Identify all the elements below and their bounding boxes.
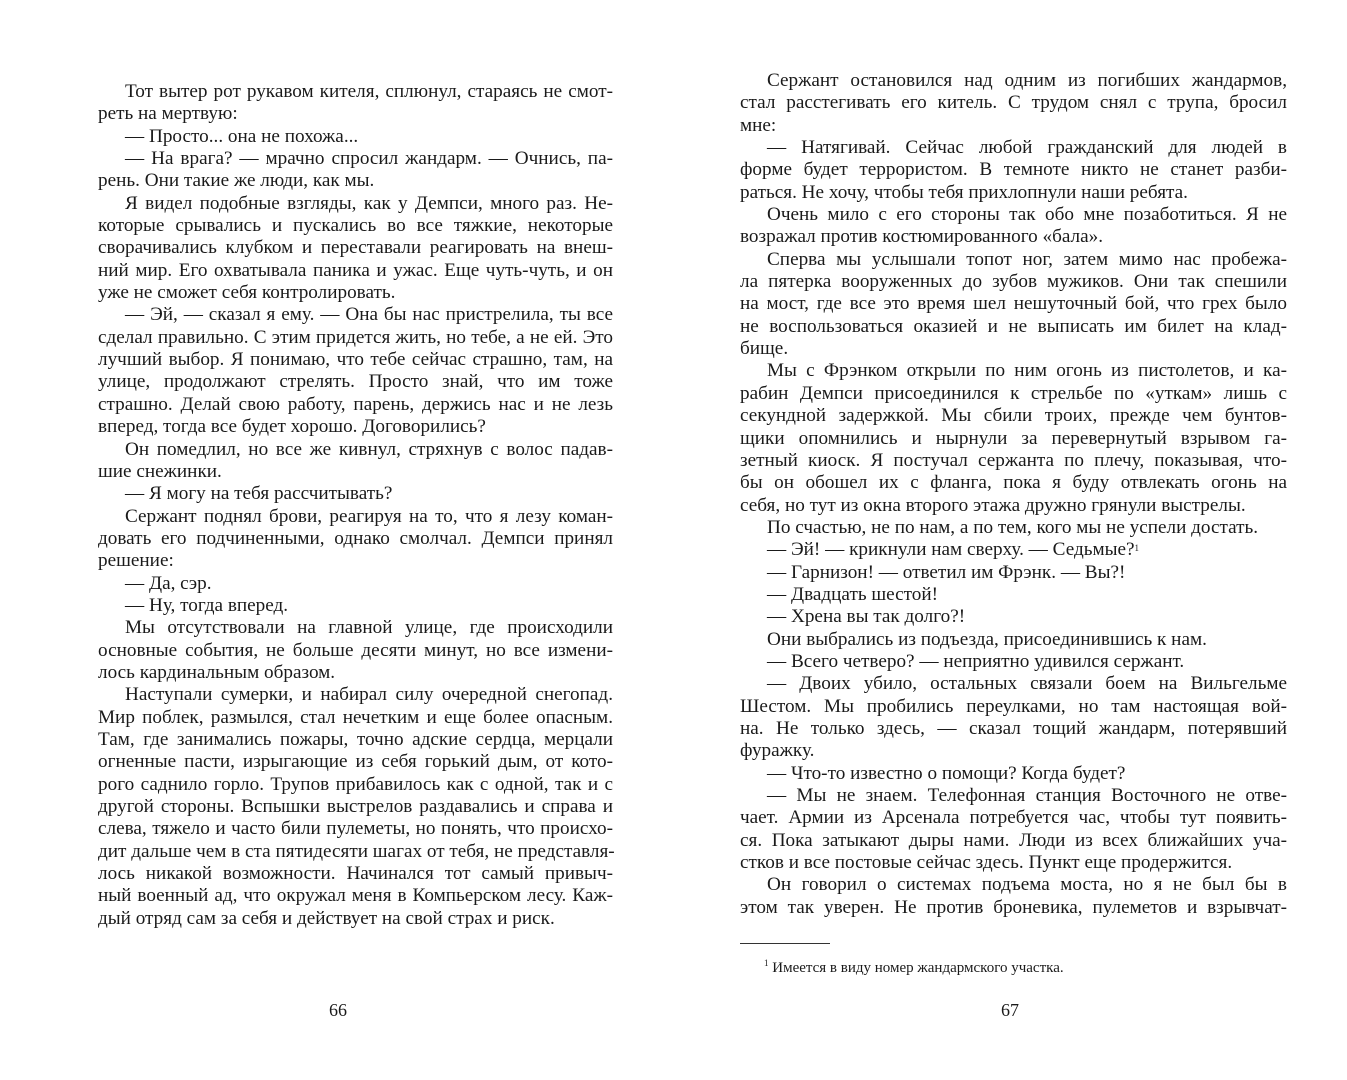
- text-line-content: Мы отсутствовали на главной улице, где п…: [125, 617, 613, 638]
- text-line: — Ну, тогда вперед.: [98, 595, 613, 617]
- text-line-content: — Гарнизон! — ответил им Фрэнк. — Вы?!: [767, 562, 1125, 583]
- text-line-content: ный военный ад, что окружал меня в Компь…: [98, 885, 613, 906]
- text-line: Наступали сумерки, и набирал силу очеред…: [98, 684, 613, 706]
- text-line-content: Наступали сумерки, и набирал силу очеред…: [125, 684, 613, 705]
- text-line: лучший выбор. Я понимаю, что тебе сейчас…: [98, 349, 613, 371]
- text-line: зетный киоск. Я постучал сержанта по пле…: [740, 450, 1287, 472]
- text-line-content: форме будет террористом. В темноте никто…: [740, 159, 1287, 180]
- text-line-content: Там, где занимались пожары, точно адские…: [98, 729, 613, 750]
- text-line-content: сворачивались клубком и переставали реаг…: [98, 237, 613, 258]
- text-line-content: сделал правильно. С этим придется жить, …: [98, 327, 613, 348]
- text-line: лось никакой возможности. Начинался тот …: [98, 863, 613, 885]
- text-line-content: — Эй, — сказал я ему. — Она бы нас прист…: [125, 304, 613, 325]
- text-line: Сержант остановился над одним из погибши…: [740, 70, 1287, 92]
- book-spread: Тот вытер рот рукавом кителя, сплюнул, с…: [0, 0, 1347, 1080]
- text-line: — Хрена вы так долго?!: [740, 606, 1287, 628]
- text-line: — Я могу на тебя рассчитывать?: [98, 483, 613, 505]
- text-line: — Да, сэр.: [98, 573, 613, 595]
- text-line-content: Он помедлил, но все же кивнул, стряхнув …: [125, 439, 613, 460]
- text-line-content: Шестом. Мы пробились переулками, но там …: [740, 696, 1287, 717]
- text-line: дит дальше чем в ста пятидесяти шагах от…: [98, 841, 613, 863]
- text-line: лось кардинальным образом.: [98, 662, 613, 684]
- text-line: ный военный ад, что окружал меня в Компь…: [98, 885, 613, 907]
- text-line-content: — Двадцать шестой!: [767, 584, 938, 605]
- text-line: Шестом. Мы пробились переулками, но там …: [740, 696, 1287, 718]
- text-line-content: — Мы не знаем. Телефонная станция Восточ…: [767, 785, 1287, 806]
- text-line: — Всего четверо? — неприятно удивился се…: [740, 651, 1287, 673]
- text-line-content: бище.: [740, 338, 788, 359]
- text-line: страшно. Делай свою работу, парень, держ…: [98, 394, 613, 416]
- text-line: уже не сможет себя контролировать.: [98, 282, 613, 304]
- text-line: не воспользоваться оказией и не выписать…: [740, 316, 1287, 338]
- text-line-content: на. Не только здесь, — сказал тощий жанд…: [740, 718, 1287, 739]
- text-line: — Эй, — сказал я ему. — Она бы нас прист…: [98, 304, 613, 326]
- text-line-content: Сперва мы услышали топот ног, затем мимо…: [767, 249, 1287, 270]
- text-line: — На врага? — мрачно спросил жандарм. — …: [98, 148, 613, 170]
- text-line-content: основные события, не больше десяти минут…: [98, 640, 613, 661]
- text-line-content: — Натягивай. Сейчас любой гражданский дл…: [767, 137, 1287, 158]
- text-line-content: ся. Пока затыкают дыры нами. Люди из все…: [740, 830, 1287, 851]
- text-line-content: ла пятерка вооруженных до зубов мужиков.…: [740, 271, 1287, 292]
- footnote-reference: 1: [1135, 543, 1140, 553]
- text-line-content: мне:: [740, 115, 776, 136]
- text-line-content: Он говорил о системах подъема моста, но …: [767, 874, 1287, 895]
- text-line: довать его подчиненными, однако смолчал.…: [98, 528, 613, 550]
- text-line-content: — Двоих убило, остальных связали боем на…: [767, 673, 1287, 694]
- text-line: которые срывались и пускались во все тяж…: [98, 215, 613, 237]
- text-line-content: Сержант остановился над одним из погибши…: [767, 70, 1287, 91]
- text-line: ний мир. Его охватывала паника и ужас. Е…: [98, 260, 613, 282]
- text-line: рабин Демпси присоединился к стрельбе по…: [740, 383, 1287, 405]
- text-line-content: — Что-то известно о помощи? Когда будет?: [767, 763, 1125, 784]
- text-line: Он говорил о системах подъема моста, но …: [740, 874, 1287, 896]
- text-line: секундной задержкой. Мы сбили троих, пре…: [740, 405, 1287, 427]
- text-line-content: Очень мило с его стороны так обо мне поз…: [767, 204, 1287, 225]
- page-number-left: 66: [329, 1000, 347, 1021]
- text-line: улице, продолжают стрелять. Просто знай,…: [98, 371, 613, 393]
- text-line-content: огненные пасти, изрыгающие из себя горьк…: [98, 751, 613, 772]
- text-line: основные события, не больше десяти минут…: [98, 640, 613, 662]
- text-line: раться. Не хочу, чтобы тебя прихлопнули …: [740, 182, 1287, 204]
- footnote-separator: [740, 943, 830, 944]
- text-line: реть на мертвую:: [98, 103, 613, 125]
- text-line: Мы отсутствовали на главной улице, где п…: [98, 617, 613, 639]
- text-line: Они выбрались из подъезда, присоединивши…: [740, 629, 1287, 651]
- text-line: сделал правильно. С этим придется жить, …: [98, 327, 613, 349]
- right-page: Сержант остановился над одним из погибши…: [673, 0, 1347, 1080]
- text-line-content: реть на мертвую:: [98, 103, 238, 124]
- left-page: Тот вытер рот рукавом кителя, сплюнул, с…: [0, 0, 673, 1080]
- text-line: на мост, где все это время шел нешуточны…: [740, 293, 1287, 315]
- text-line-content: зетный киоск. Я постучал сержанта по пле…: [740, 450, 1287, 471]
- text-line: рого саднило горло. Трупов прибавилось к…: [98, 774, 613, 796]
- text-line: бище.: [740, 338, 1287, 360]
- text-line-content: довать его подчиненными, однако смолчал.…: [98, 528, 613, 549]
- right-page-body: Сержант остановился над одним из погибши…: [740, 70, 1287, 919]
- text-line: Очень мило с его стороны так обо мне поз…: [740, 204, 1287, 226]
- text-line: Он помедлил, но все же кивнул, стряхнув …: [98, 439, 613, 461]
- text-line: Мы с Фрэнком открыли по ним огонь из пис…: [740, 360, 1287, 382]
- text-line: на. Не только здесь, — сказал тощий жанд…: [740, 718, 1287, 740]
- text-line-content: шие снежинки.: [98, 461, 222, 482]
- text-line-content: другой стороны. Вспышки выстрелов раздав…: [98, 796, 613, 817]
- text-line-content: вперед, тогда все будет хорошо. Договори…: [98, 416, 486, 437]
- text-line-content: бы он обошел их с фланга, пока я буду от…: [740, 472, 1287, 493]
- text-line-content: — Ну, тогда вперед.: [125, 595, 288, 616]
- text-line: шие снежинки.: [98, 461, 613, 483]
- text-line-content: слева, тяжело и часто били пулеметы, но …: [98, 818, 613, 839]
- text-line-content: — Я могу на тебя рассчитывать?: [125, 483, 392, 504]
- footnote-text: Имеется в виду номер жандармского участк…: [772, 960, 1063, 976]
- text-line-content: секундной задержкой. Мы сбили троих, пре…: [740, 405, 1287, 426]
- text-line: дый отряд сам за себя и действует на сво…: [98, 908, 613, 930]
- text-line: решение:: [98, 550, 613, 572]
- text-line-content: стал расстегивать его китель. С трудом с…: [740, 92, 1287, 113]
- text-line: Там, где занимались пожары, точно адские…: [98, 729, 613, 751]
- text-line: ся. Пока затыкают дыры нами. Люди из все…: [740, 830, 1287, 852]
- text-line-content: щики опомнились и нырнули за перевернуты…: [740, 428, 1287, 449]
- text-line-content: — Просто... она не похожа...: [125, 126, 358, 147]
- text-line-content: уже не сможет себя контролировать.: [98, 282, 395, 303]
- text-line-content: которые срывались и пускались во все тяж…: [98, 215, 613, 236]
- footnote-marker: 1: [764, 958, 769, 968]
- text-line-content: лучший выбор. Я понимаю, что тебе сейчас…: [98, 349, 613, 370]
- footnote: 1 Имеется в виду номер жандармского учас…: [764, 960, 1064, 977]
- text-line-content: на мост, где все это время шел нешуточны…: [740, 293, 1287, 314]
- text-line: мне:: [740, 115, 1287, 137]
- text-line: щики опомнились и нырнули за перевернуты…: [740, 428, 1287, 450]
- text-line-content: не воспользоваться оказией и не выписать…: [740, 316, 1287, 337]
- text-line-content: Тот вытер рот рукавом кителя, сплюнул, с…: [125, 81, 613, 102]
- text-line: — Двоих убило, остальных связали боем на…: [740, 673, 1287, 695]
- text-line-content: лось никакой возможности. Начинался тот …: [98, 863, 613, 884]
- text-line-content: чает. Армии из Арсенала потребуется час,…: [740, 807, 1287, 828]
- text-line-content: ний мир. Его охватывала паника и ужас. Е…: [98, 260, 613, 281]
- text-line-content: — Да, сэр.: [125, 573, 212, 594]
- text-line-content: себя, но тут из окна второго этажа дружн…: [740, 495, 1246, 516]
- text-line: бы он обошел их с фланга, пока я буду от…: [740, 472, 1287, 494]
- text-line: По счастью, не по нам, а по тем, кого мы…: [740, 517, 1287, 539]
- text-line: стков и все постовые сейчас здесь. Пункт…: [740, 852, 1287, 874]
- text-line-content: лось кардинальным образом.: [98, 662, 335, 683]
- text-line: Тот вытер рот рукавом кителя, сплюнул, с…: [98, 81, 613, 103]
- text-line: Сперва мы услышали топот ног, затем мимо…: [740, 249, 1287, 271]
- text-line-content: улице, продолжают стрелять. Просто знай,…: [98, 371, 613, 392]
- text-line: — Эй! — крикнули нам сверху. — Седьмые?1: [740, 539, 1287, 561]
- text-line-content: возражал против костюмированного «бала».: [740, 226, 1103, 247]
- text-line-content: рень. Они такие же люди, как мы.: [98, 170, 374, 191]
- text-line: — Просто... она не похожа...: [98, 126, 613, 148]
- text-line-content: — На врага? — мрачно спросил жандарм. — …: [125, 148, 613, 169]
- text-line: Мир поблек, размылся, стал нечетким и ещ…: [98, 707, 613, 729]
- text-line: — Что-то известно о помощи? Когда будет?: [740, 763, 1287, 785]
- text-line: Сержант поднял брови, реагируя на то, чт…: [98, 506, 613, 528]
- text-line: другой стороны. Вспышки выстрелов раздав…: [98, 796, 613, 818]
- text-line: рень. Они такие же люди, как мы.: [98, 170, 613, 192]
- text-line: сворачивались клубком и переставали реаг…: [98, 237, 613, 259]
- page-number-right: 67: [1001, 1000, 1019, 1021]
- text-line-content: дит дальше чем в ста пятидесяти шагах от…: [98, 841, 615, 862]
- text-line-content: дый отряд сам за себя и действует на сво…: [98, 908, 555, 929]
- text-line: фуражку.: [740, 740, 1287, 762]
- text-line-content: решение:: [98, 550, 174, 571]
- text-line: стал расстегивать его китель. С трудом с…: [740, 92, 1287, 114]
- text-line-content: фуражку.: [740, 740, 814, 761]
- text-line: этом так уверен. Не против броневика, пу…: [740, 897, 1287, 919]
- left-page-body: Тот вытер рот рукавом кителя, сплюнул, с…: [98, 81, 613, 930]
- text-line: чает. Армии из Арсенала потребуется час,…: [740, 807, 1287, 829]
- text-line-content: Сержант поднял брови, реагируя на то, чт…: [125, 506, 613, 527]
- text-line-content: раться. Не хочу, чтобы тебя прихлопнули …: [740, 182, 1188, 203]
- text-line-content: рабин Демпси присоединился к стрельбе по…: [740, 383, 1287, 404]
- text-line-content: — Всего четверо? — неприятно удивился се…: [767, 651, 1184, 672]
- text-line: Я видел подобные взгляды, как у Демпси, …: [98, 193, 613, 215]
- text-line-content: — Хрена вы так долго?!: [767, 606, 965, 627]
- text-line-content: Они выбрались из подъезда, присоединивши…: [767, 629, 1207, 650]
- text-line-content: По счастью, не по нам, а по тем, кого мы…: [767, 517, 1258, 538]
- text-line: вперед, тогда все будет хорошо. Договори…: [98, 416, 613, 438]
- text-line-content: страшно. Делай свою работу, парень, держ…: [98, 394, 613, 415]
- text-line-content: — Эй! — крикнули нам сверху. — Седьмые?: [767, 539, 1135, 560]
- text-line: — Мы не знаем. Телефонная станция Восточ…: [740, 785, 1287, 807]
- text-line-content: Я видел подобные взгляды, как у Демпси, …: [125, 193, 613, 214]
- text-line-content: рого саднило горло. Трупов прибавилось к…: [98, 774, 613, 795]
- text-line-content: стков и все постовые сейчас здесь. Пункт…: [740, 852, 1232, 873]
- text-line: слева, тяжело и часто били пулеметы, но …: [98, 818, 613, 840]
- text-line: — Двадцать шестой!: [740, 584, 1287, 606]
- text-line: себя, но тут из окна второго этажа дружн…: [740, 495, 1287, 517]
- text-line: — Натягивай. Сейчас любой гражданский дл…: [740, 137, 1287, 159]
- text-line: ла пятерка вооруженных до зубов мужиков.…: [740, 271, 1287, 293]
- text-line: огненные пасти, изрыгающие из себя горьк…: [98, 751, 613, 773]
- text-line: форме будет террористом. В темноте никто…: [740, 159, 1287, 181]
- text-line: — Гарнизон! — ответил им Фрэнк. — Вы?!: [740, 562, 1287, 584]
- text-line-content: этом так уверен. Не против броневика, пу…: [740, 897, 1287, 918]
- text-line-content: Мир поблек, размылся, стал нечетким и ещ…: [98, 707, 613, 728]
- text-line-content: Мы с Фрэнком открыли по ним огонь из пис…: [767, 360, 1287, 381]
- text-line: возражал против костюмированного «бала».: [740, 226, 1287, 248]
